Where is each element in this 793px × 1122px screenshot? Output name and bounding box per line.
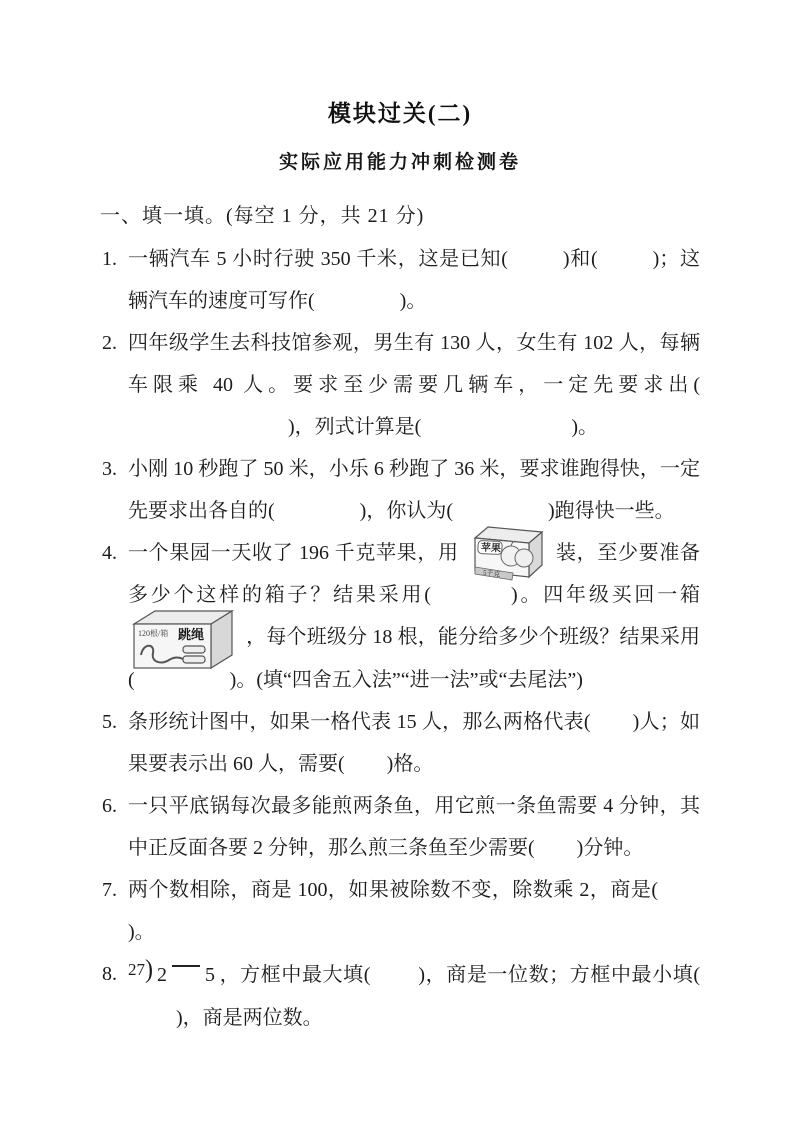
question-text: 两个数相除，商是 100，如果被除数不变，除数乘 2，商是()。 <box>128 879 700 943</box>
question: 3.小刚 10 秒跑了 50 米，小乐 6 秒跑了 36 米，要求谁跑得快，一定… <box>100 448 700 532</box>
rope-handle-icon <box>183 656 205 663</box>
question-text: 一个果园一天收了 196 千克苹果，用 苹果 5千克 装，至少要准备多少个这样的… <box>128 542 700 691</box>
page-title: 模块过关(二) <box>100 95 700 128</box>
jump-rope-box-image: 120根/箱 跳绳 <box>131 605 243 671</box>
question-text: 一只平底锅每次最多能煎两条鱼，用它煎一条鱼需要 4 分钟，其中正反面各要 2 分… <box>128 795 700 859</box>
division-digit: 2 <box>157 964 167 986</box>
rope-handle-icon <box>183 646 205 653</box>
answer-blank[interactable] <box>535 834 577 854</box>
question: 5.条形统计图中，如果一格代表 15 人，那么两格代表()人；如果要表示出 60… <box>100 701 700 785</box>
question-text: 四年级学生去科技馆参观，男生有 130 人，女生有 102 人，每辆车限乘 40… <box>128 332 700 438</box>
question-number: 6. <box>102 785 117 827</box>
rope-box-note: 120根/箱 <box>138 628 168 638</box>
question: 7.两个数相除，商是 100，如果被除数不变，除数乘 2，商是()。 <box>100 869 700 953</box>
questions: 1.一辆汽车 5 小时行驶 350 千米，这是已知()和()；这辆汽车的速度可写… <box>100 238 700 1039</box>
worksheet-page: 模块过关(二) 实际应用能力冲刺检测卷 一、填一填。(每空 1 分，共 21 分… <box>0 0 793 1122</box>
answer-blank[interactable] <box>508 245 563 265</box>
answer-blank[interactable] <box>345 750 387 770</box>
question-number: 4. <box>102 532 117 574</box>
long-division-expression: 27)25 <box>128 953 215 997</box>
answer-blank[interactable] <box>421 413 571 433</box>
question-text: 条形统计图中，如果一格代表 15 人，那么两格代表()人；如果要表示出 60 人… <box>128 711 700 775</box>
answer-blank[interactable] <box>135 666 230 686</box>
question: 2.四年级学生去科技馆参观，男生有 130 人，女生有 102 人，每辆车限乘 … <box>100 322 700 448</box>
division-paren: ) <box>145 947 153 993</box>
answer-blank[interactable] <box>128 1004 176 1024</box>
question-text: 一辆汽车 5 小时行驶 350 千米，这是已知()和()；这辆汽车的速度可写作(… <box>128 248 700 312</box>
answer-blank[interactable] <box>598 245 653 265</box>
page-content: 模块过关(二) 实际应用能力冲刺检测卷 一、填一填。(每空 1 分，共 21 分… <box>0 0 793 1039</box>
question: 8.27)25，方框中最大填()，商是一位数；方框中最小填()，商是两位数。 <box>100 953 700 1039</box>
section-heading: 一、填一填。(每空 1 分，共 21 分) <box>100 199 700 228</box>
answer-blank[interactable] <box>128 413 288 433</box>
division-digit: 5 <box>205 964 215 986</box>
question-number: 8. <box>102 953 117 995</box>
question-number: 2. <box>102 322 117 364</box>
apple-icon <box>515 549 533 567</box>
question: 1.一辆汽车 5 小时行驶 350 千米，这是已知()和()；这辆汽车的速度可写… <box>100 238 700 322</box>
answer-blank[interactable] <box>431 581 511 601</box>
question: 4.一个果园一天收了 196 千克苹果，用 苹果 5千克 装，至少要准备多少个这… <box>100 532 700 701</box>
division-blank-box[interactable] <box>172 965 200 967</box>
question-text: 27)25，方框中最大填()，商是一位数；方框中最小填()，商是两位数。 <box>128 964 700 1029</box>
apple-box-label: 苹果 <box>481 541 502 555</box>
question-number: 3. <box>102 448 117 490</box>
answer-blank[interactable] <box>275 497 360 517</box>
question: 6.一只平底锅每次最多能煎两条鱼，用它煎一条鱼需要 4 分钟，其中正反面各要 2… <box>100 785 700 869</box>
answer-blank[interactable] <box>315 287 400 307</box>
apple-box-image: 苹果 5千克 <box>467 523 547 585</box>
question-number: 7. <box>102 869 117 911</box>
answer-blank[interactable] <box>658 876 700 896</box>
question-number: 5. <box>102 701 117 743</box>
page-subtitle: 实际应用能力冲刺检测卷 <box>100 147 700 174</box>
division-divisor: 27 <box>128 960 145 979</box>
answer-blank[interactable] <box>591 708 633 728</box>
question-text: 小刚 10 秒跑了 50 米，小乐 6 秒跑了 36 米，要求谁跑得快，一定先要… <box>128 458 700 522</box>
answer-blank[interactable] <box>370 961 418 981</box>
answer-blank[interactable] <box>453 497 548 517</box>
question-number: 1. <box>102 238 117 280</box>
rope-box-label: 跳绳 <box>177 627 204 642</box>
